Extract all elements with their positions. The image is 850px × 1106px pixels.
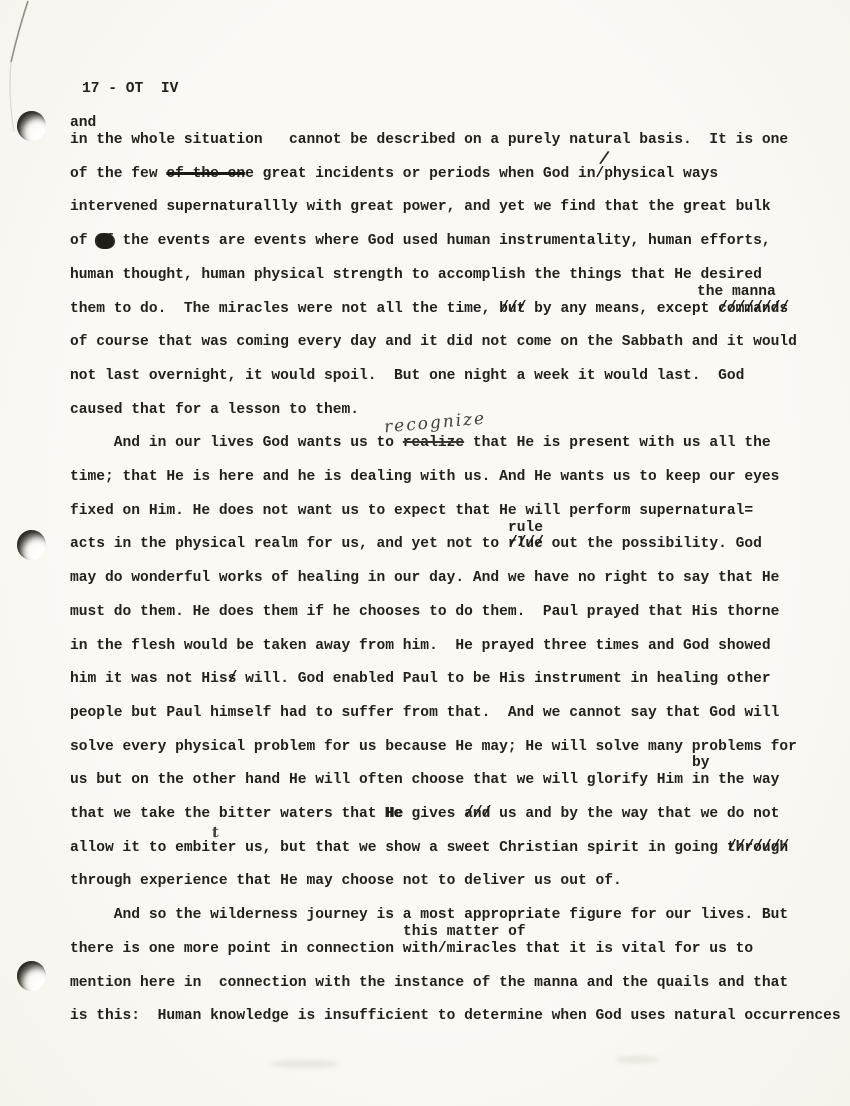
typed-text: e great incidents or periods when God in… bbox=[245, 166, 718, 182]
punch-hole bbox=[17, 111, 46, 141]
document-line-21: that we take the bitter waters that He g… bbox=[70, 807, 779, 822]
typed-text: gives bbox=[403, 806, 464, 822]
typed-text: is this: Human knowledge is insufficient… bbox=[70, 1008, 841, 1024]
typed-text: will. God enabled Paul to be His instrum… bbox=[236, 671, 770, 687]
typed-text: And so the wilderness journey is a most … bbox=[70, 907, 788, 923]
typed-text: fixed on Him. He does not want us to exp… bbox=[70, 503, 753, 519]
caret-insert-mark: / bbox=[598, 150, 609, 168]
document-line-20: us but on the other hand He will often c… bbox=[70, 773, 779, 788]
corrected-text-xed: and bbox=[464, 807, 490, 822]
corrected-text-xed: commands bbox=[718, 302, 788, 317]
typed-text: may do wonderful works of healing in our… bbox=[70, 570, 779, 586]
typed-text: time; that He is here and he is dealing … bbox=[70, 469, 779, 485]
typed-text: allow it to embiter us, but that we show… bbox=[70, 840, 727, 856]
corrected-text-blot: af bbox=[96, 233, 114, 249]
document-line-2: of the few of the one great incidents or… bbox=[70, 167, 718, 182]
typed-text: the events are events where God used hum… bbox=[114, 233, 771, 249]
typed-text: And in our lives God wants us to bbox=[70, 435, 403, 451]
punch-hole bbox=[17, 530, 46, 560]
typed-text: out the possibility. God bbox=[543, 536, 762, 552]
document-page: 17 - OT IV andin the whole situation can… bbox=[0, 0, 850, 1106]
document-line-3: intervened supernaturallly with great po… bbox=[70, 200, 771, 215]
document-line-26: mention here in connection with the inst… bbox=[70, 976, 788, 991]
corrected-text-xed: but bbox=[499, 302, 525, 317]
document-line-8: not last overnight, it would spoil. But … bbox=[70, 369, 744, 384]
typed-text: us but on the other hand He will often c… bbox=[70, 772, 779, 788]
corrected-text-xed: through bbox=[727, 841, 788, 856]
insert-the-manna: the manna bbox=[697, 285, 776, 300]
handwritten-recognize: recognize bbox=[383, 411, 486, 437]
typed-text: there is one more point in connection wi… bbox=[70, 941, 753, 957]
document-line-4: of af the events are events where God us… bbox=[70, 234, 771, 249]
typed-text: human thought, human physical strength t… bbox=[70, 267, 762, 283]
document-line-13: acts in the physical realm for us, and y… bbox=[70, 537, 762, 552]
typed-text: solve every physical problem for us beca… bbox=[70, 739, 797, 755]
typed-text: in the flesh would be taken away from hi… bbox=[70, 638, 771, 654]
typed-text: must do them. He does them if he chooses… bbox=[70, 604, 779, 620]
document-line-24: And so the wilderness journey is a most … bbox=[70, 908, 788, 923]
handwritten-t-insert: t bbox=[211, 825, 220, 841]
document-line-12: fixed on Him. He does not want us to exp… bbox=[70, 504, 753, 519]
document-line-27: is this: Human knowledge is insufficient… bbox=[70, 1009, 841, 1024]
typed-text: of course that was coming every day and … bbox=[70, 334, 797, 350]
typed-text: mention here in connection with the inst… bbox=[70, 975, 788, 991]
typed-text: not last overnight, it would spoil. But … bbox=[70, 368, 744, 384]
document-line-23: through experience that He may choose no… bbox=[70, 874, 622, 889]
document-line-16: in the flesh would be taken away from hi… bbox=[70, 639, 771, 654]
corrected-text-strike-thin: realize bbox=[403, 435, 464, 451]
insert-by: by bbox=[692, 756, 710, 771]
corrected-text-ot: He bbox=[385, 806, 403, 822]
typed-text: through experience that He may choose no… bbox=[70, 873, 622, 889]
document-line-14: may do wonderful works of healing in our… bbox=[70, 571, 779, 586]
corrected-text-strike: of the on bbox=[166, 166, 245, 182]
typed-text: of bbox=[70, 233, 96, 249]
scan-smudge bbox=[270, 1060, 340, 1068]
typed-text: that He is present with us all the bbox=[464, 435, 771, 451]
typed-text: in the whole situation cannot be describ… bbox=[70, 132, 788, 148]
typed-text: him it was not His bbox=[70, 671, 228, 687]
insert-this-matter-of: this matter of bbox=[403, 925, 526, 940]
document-line-0: and bbox=[70, 116, 96, 131]
document-line-11: time; that He is here and he is dealing … bbox=[70, 470, 779, 485]
document-line-7: of course that was coming every day and … bbox=[70, 335, 797, 350]
document-line-19: solve every physical problem for us beca… bbox=[70, 740, 797, 755]
document-line-1: in the whole situation cannot be describ… bbox=[70, 133, 788, 148]
document-line-10: And in our lives God wants us to realize… bbox=[70, 436, 771, 451]
punch-hole bbox=[17, 961, 46, 991]
typed-text: us and by the way that we do not bbox=[490, 806, 779, 822]
page-number-label: 17 - OT IV bbox=[82, 81, 178, 97]
scan-smudge bbox=[615, 1056, 660, 1063]
typed-text: caused that for a lesson to them. bbox=[70, 402, 359, 418]
document-line-25: there is one more point in connection wi… bbox=[70, 942, 753, 957]
typed-text: by any means, except bbox=[525, 301, 718, 317]
typed-text: them to do. The miracles were not all th… bbox=[70, 301, 499, 317]
document-line-6: them to do. The miracles were not all th… bbox=[70, 302, 788, 317]
document-line-15: must do them. He does them if he chooses… bbox=[70, 605, 779, 620]
typed-text: acts in the physical realm for us, and y… bbox=[70, 536, 508, 552]
document-line-17: him it was not Hiss will. God enabled Pa… bbox=[70, 672, 771, 687]
typed-text: intervened supernaturallly with great po… bbox=[70, 199, 771, 215]
typed-text: people but Paul himself had to suffer fr… bbox=[70, 705, 779, 721]
insert-rule: rule bbox=[508, 521, 543, 536]
document-line-22: allow it to embiter us, but that we show… bbox=[70, 841, 788, 856]
typed-text: and bbox=[70, 115, 96, 131]
corrected-text-xed: s bbox=[228, 672, 237, 687]
document-line-9: caused that for a lesson to them. bbox=[70, 403, 359, 418]
document-line-5: human thought, human physical strength t… bbox=[70, 268, 762, 283]
document-line-18: people but Paul himself had to suffer fr… bbox=[70, 706, 779, 721]
typed-text: of the few bbox=[70, 166, 166, 182]
typed-text: that we take the bitter waters that bbox=[70, 806, 385, 822]
corrected-text-xed: rlue bbox=[508, 537, 543, 552]
